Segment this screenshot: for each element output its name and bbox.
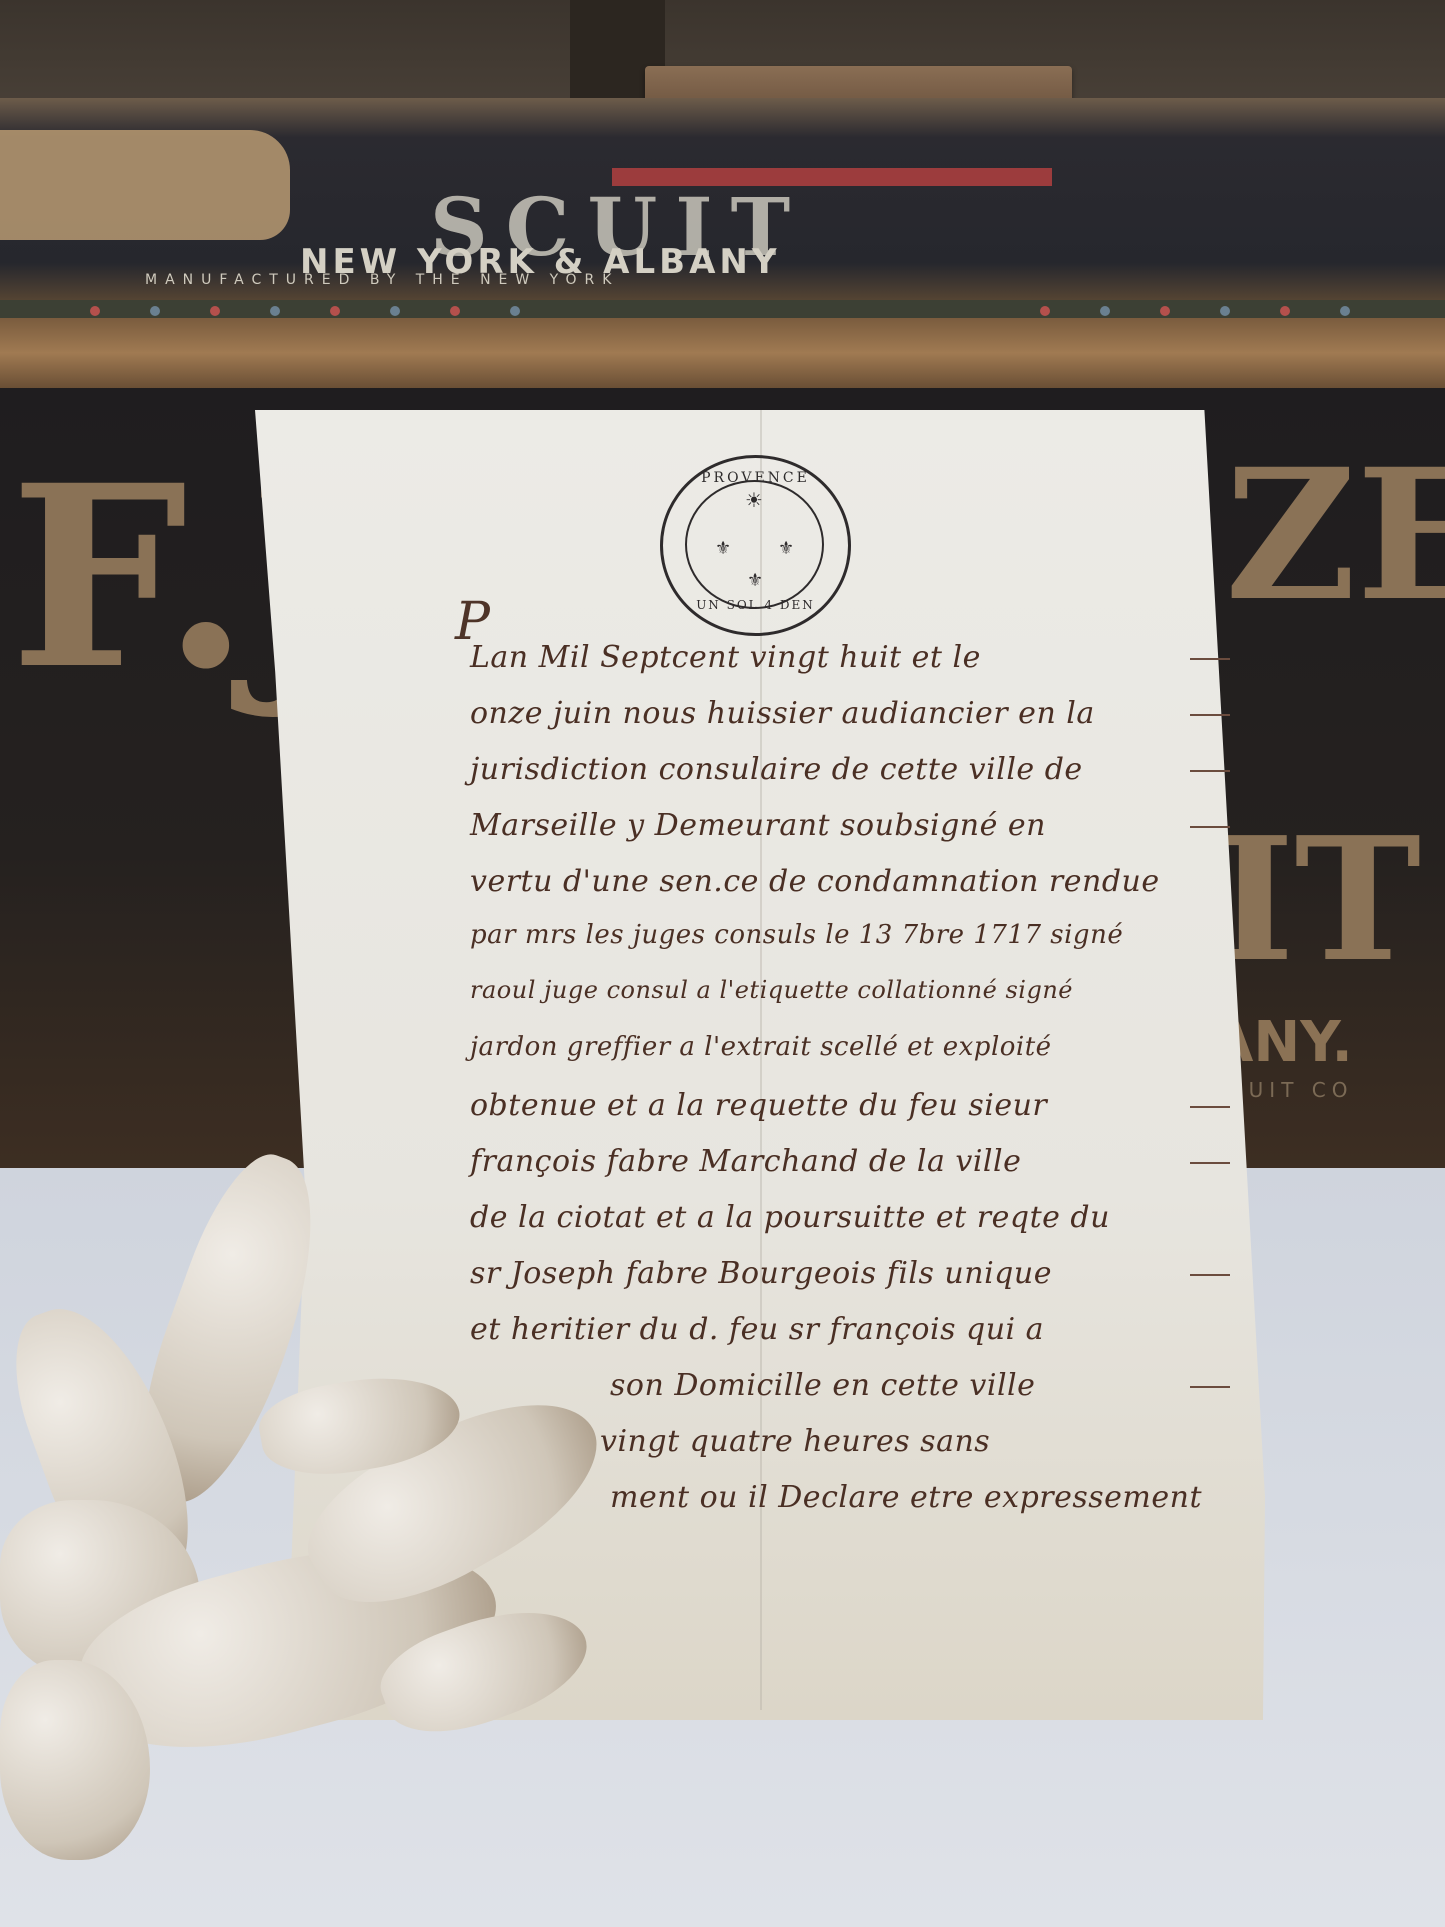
band-dot — [1340, 306, 1350, 316]
band-dot — [90, 306, 100, 316]
handwritten-line: jurisdiction consulaire de cette ville d… — [470, 752, 1230, 808]
band-dot — [330, 306, 340, 316]
handwritten-line: Marseille y Demeurant soubsigné en — [470, 808, 1230, 864]
band-dot — [510, 306, 520, 316]
handwritten-line: jardon greffier a l'extrait scellé et ex… — [470, 1032, 1230, 1088]
band-dot — [1280, 306, 1290, 316]
fleur-de-lis-icon: ⚜ — [747, 570, 763, 591]
handwritten-line: ment ou il Declare etre expressement — [470, 1480, 1230, 1536]
handwritten-line: vertu d'une sen.ce de condamnation rendu… — [470, 864, 1230, 920]
fleur-de-lis-icon: ⚜ — [715, 538, 731, 559]
crate-front-right-letters-lower: IT — [1215, 800, 1421, 1000]
handwritten-line: onze juin nous huissier audiancier en la — [470, 696, 1230, 752]
handwritten-line: et heritier du d. feu sr françois qui a — [470, 1312, 1230, 1368]
handwritten-line: son Domicille en cette ville — [470, 1368, 1230, 1424]
handwritten-line: Lan Mil Septcent vingt huit et le — [470, 640, 1230, 696]
seal-bottom-text: UN SOL 4 DEN — [663, 598, 848, 612]
crate-front-right-letters: ZE — [1225, 430, 1445, 641]
crate-lid-manufacturer-text: MANUFACTURED BY THE NEW YORK — [145, 272, 619, 288]
handwritten-line: par mrs les juges consuls le 13 7bre 171… — [470, 920, 1230, 976]
tax-stamp-seal: PROVENCE ☀ ⚜ ⚜ ⚜ UN SOL 4 DEN — [660, 455, 851, 636]
band-dot — [1220, 306, 1230, 316]
crate-rim — [0, 318, 1445, 388]
band-dot — [270, 306, 280, 316]
band-dot — [1040, 306, 1050, 316]
crate-lid-worn-patch — [0, 130, 290, 240]
band-dot — [1160, 306, 1170, 316]
fleur-de-lis-icon: ⚜ — [778, 538, 794, 559]
handwritten-line: obtenue et a la requette du feu sieur — [470, 1088, 1230, 1144]
handwritten-line: françois fabre Marchand de la ville — [470, 1144, 1230, 1200]
band-dot — [450, 306, 460, 316]
band-dot — [1100, 306, 1110, 316]
handwritten-line: sr Joseph fabre Bourgeois fils unique — [470, 1256, 1230, 1312]
band-dot — [390, 306, 400, 316]
handwritten-line: raoul juge consul a l'etiquette collatio… — [470, 976, 1230, 1032]
handwritten-line: de la ciotat et a la poursuitte et reqte… — [470, 1200, 1230, 1256]
band-dot — [210, 306, 220, 316]
sun-rays-icon: ☀ — [745, 488, 763, 512]
handwritten-text: Lan Mil Septcent vingt huit et le onze j… — [470, 640, 1230, 1536]
band-dot — [150, 306, 160, 316]
